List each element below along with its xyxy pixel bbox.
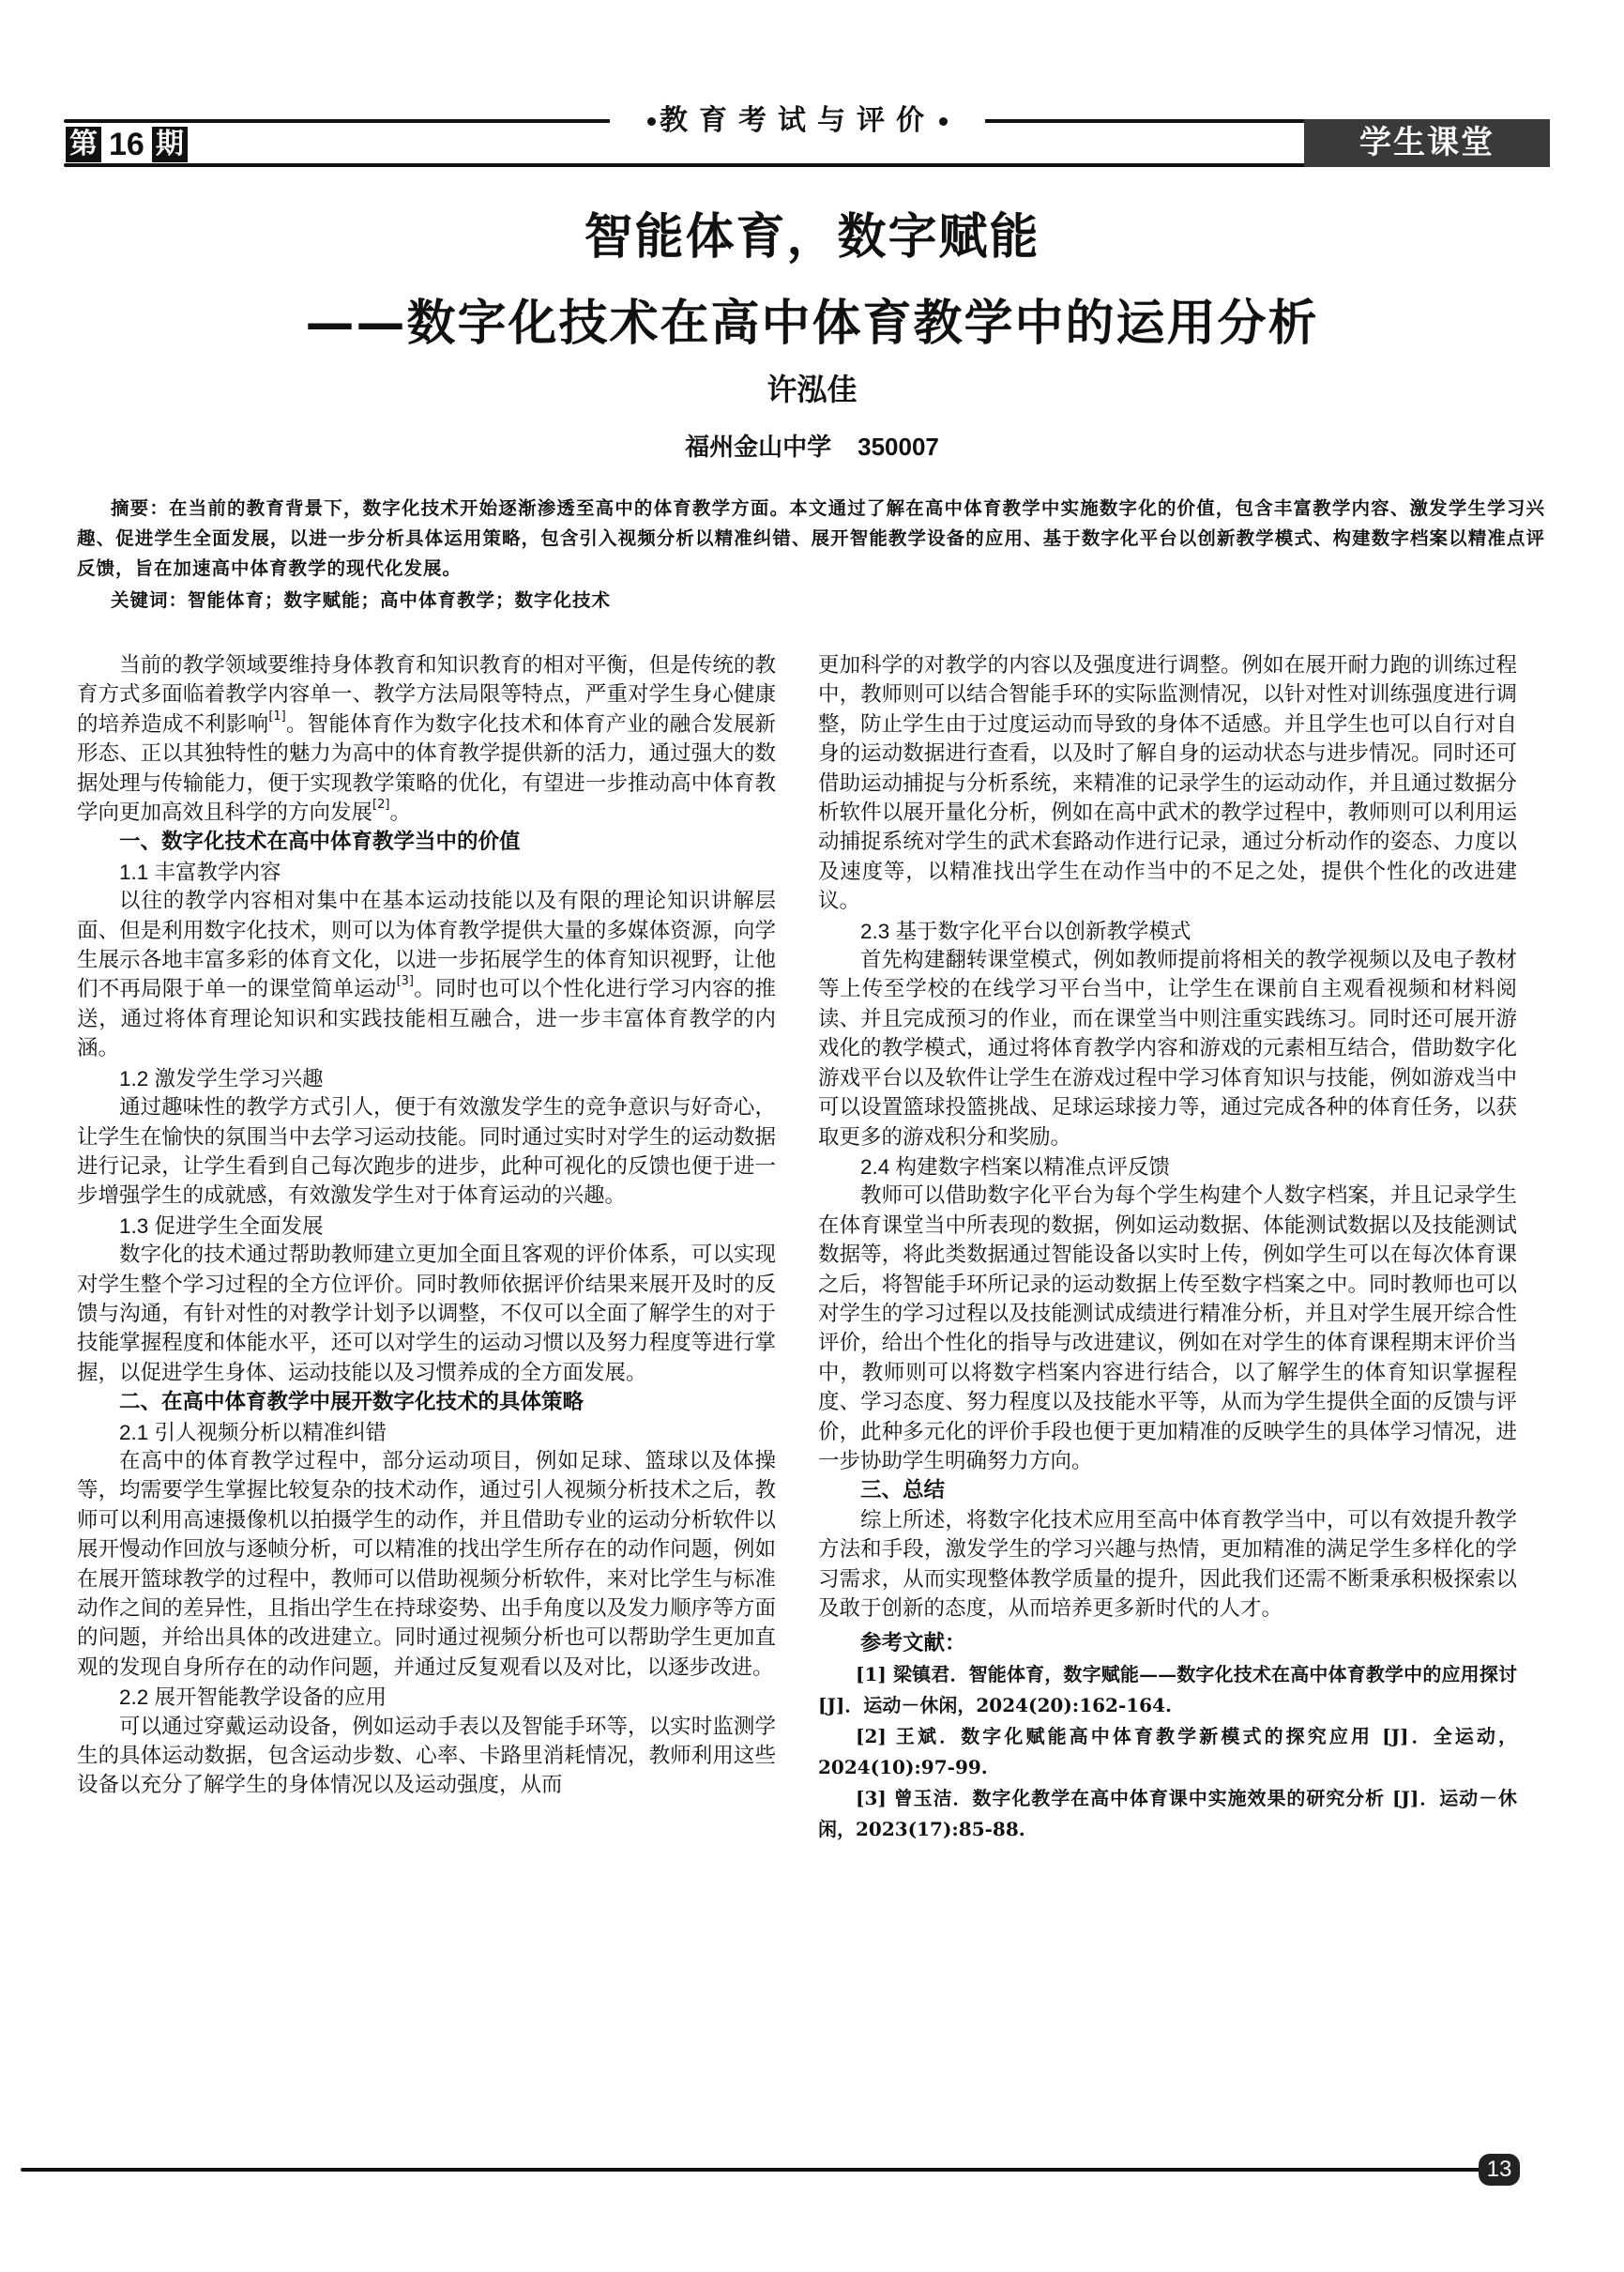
reference-item: [3] 曾玉洁．数字化教学在高中体育课中实施效果的研究分析 [J]．运动－休闲，… [818, 1783, 1517, 1845]
paragraph: 首先构建翻转课堂模式，例如教师提前将相关的教学视频以及电子教材等上传至学校的在线… [818, 946, 1517, 1152]
article-subtitle: ——数字化技术在高中体育教学中的运用分析 [0, 283, 1624, 354]
bullet-dot-icon [939, 117, 948, 126]
subsection-heading: 2.2 展开智能教学设备的应用 [77, 1683, 776, 1712]
section-heading: 三、总结 [818, 1476, 1517, 1505]
paragraph: 数字化的技术通过帮助教师建立更加全面且客观的评价体系，可以实现对学生整个学习过程… [77, 1241, 776, 1388]
subsection-heading: 2.4 构建数字档案以精准点评反馈 [818, 1152, 1517, 1182]
affiliation: 福州金山中学350007 [0, 428, 1624, 463]
paragraph: 以往的教学内容相对集中在基本运动技能以及有限的理论知识讲解层面、但是利用数字化技… [77, 887, 776, 1063]
affiliation-name: 福州金山中学 [685, 434, 831, 462]
author-name: 许泓佳 [0, 366, 1624, 409]
subsection-heading: 1.3 促进学生全面发展 [77, 1212, 776, 1241]
subsection-heading: 1.2 激发学生学习兴趣 [77, 1064, 776, 1093]
section-heading: 一、数字化技术在高中体育教学当中的价值 [77, 828, 776, 857]
issue-label: 第 16 期 [66, 126, 188, 163]
subsection-heading: 1.1 丰富教学内容 [77, 858, 776, 887]
journal-page: 教育考试与评价 第 16 期 学生课堂 智能体育，数字赋能 ——数字化技术在高中… [0, 0, 1624, 2272]
references-heading: 参考文献： [818, 1629, 1517, 1658]
journal-name: 教育考试与评价 [610, 100, 985, 142]
paragraph-intro: 当前的教学领域要维持身体教育和知识教育的相对平衡，但是传统的教育方式多面临着教学… [77, 651, 776, 828]
citation: [1] [268, 709, 285, 724]
bullet-dot-icon [647, 117, 656, 126]
footer-rule [21, 2168, 1480, 2172]
paragraph: 可以通过穿戴运动设备，例如运动手表以及智能手环等，以实时监测学生的具体运动数据，… [77, 1713, 776, 1801]
paragraph: 在高中的体育教学过程中，部分运动项目，例如足球、篮球以及体操等，均需要学生掌握比… [77, 1447, 776, 1683]
body-column-right: 更加科学的对教学的内容以及强度进行调整。例如在展开耐力跑的训练过程中，教师则可以… [818, 651, 1517, 1845]
page-number: 13 [1479, 2154, 1520, 2186]
citation: [2] [372, 798, 389, 812]
reference-item: [1] 梁镇君．智能体育，数字赋能——数字化技术在高中体育教学中的应用探讨 [J… [818, 1659, 1517, 1721]
paragraph: 综上所述，将数字化技术应用至高中体育教学当中，可以有效提升教学方法和手段，激发学… [818, 1506, 1517, 1624]
body-column-left: 当前的教学领域要维持身体教育和知识教育的相对平衡，但是传统的教育方式多面临着教学… [77, 651, 776, 1801]
postcode: 350007 [858, 433, 939, 461]
keywords: 关键词：智能体育；数字赋能；高中体育教学；数字化技术 [111, 586, 1518, 616]
subsection-heading: 2.1 引人视频分析以精准纠错 [77, 1418, 776, 1447]
subsection-heading: 2.3 基于数字化平台以创新教学模式 [818, 917, 1517, 946]
section-heading: 二、在高中体育教学中展开数字化技术的具体策略 [77, 1388, 776, 1417]
article-title: 智能体育，数字赋能 [0, 197, 1624, 267]
issue-prefix: 第 [66, 127, 101, 162]
abstract: 摘要：在当前的教育背景下，数字化技术开始逐渐渗透至高中的体育教学方面。本文通过了… [77, 494, 1545, 584]
paragraph-continued: 更加科学的对教学的内容以及强度进行调整。例如在展开耐力跑的训练过程中，教师则可以… [818, 651, 1517, 917]
issue-suffix: 期 [152, 127, 188, 162]
column-tag: 学生课堂 [1304, 119, 1550, 167]
paragraph: 教师可以借助数字化平台为每个学生构建个人数字档案，并且记录学生在体育课堂当中所表… [818, 1182, 1517, 1476]
reference-item: [2] 王斌．数字化赋能高中体育教学新模式的探究应用 [J]．全运动，2024(… [818, 1721, 1517, 1783]
paragraph: 通过趣味性的教学方式引人，便于有效激发学生的竞争意识与好奇心，让学生在愉快的氛围… [77, 1093, 776, 1212]
citation: [3] [397, 974, 414, 988]
issue-number: 16 [109, 127, 144, 162]
